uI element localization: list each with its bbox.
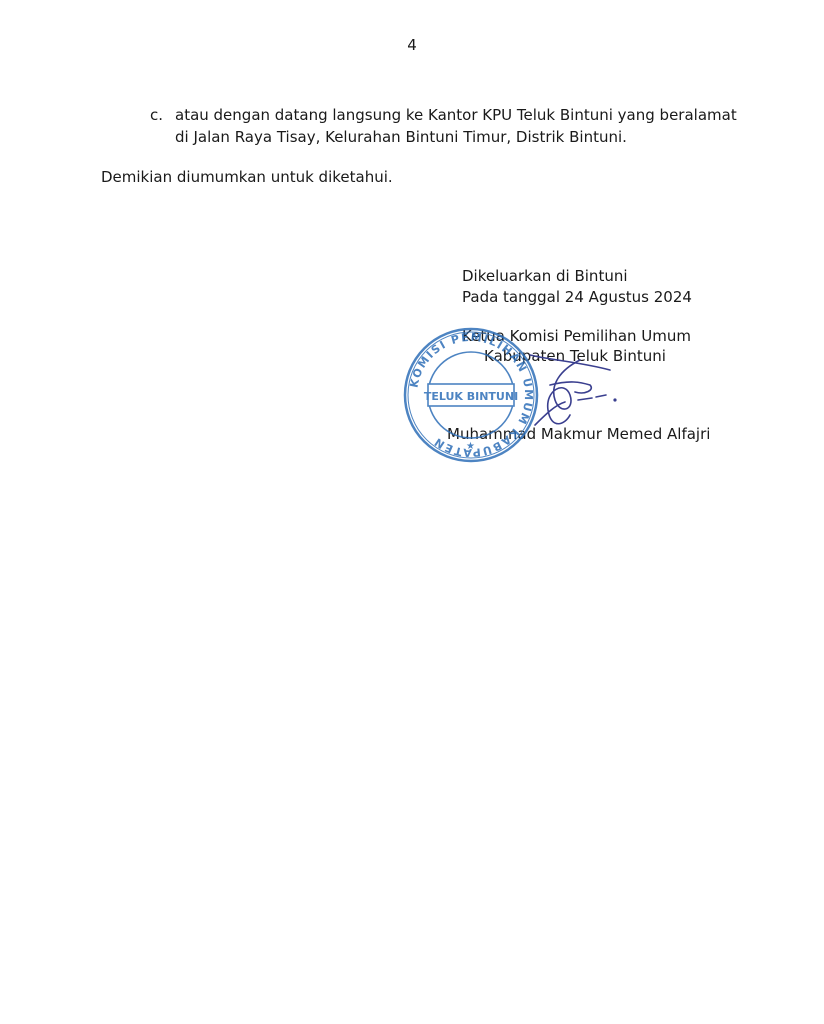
signature-block: Ketua Komisi Pemilihan Umum Kabupaten Te…: [0, 0, 824, 1024]
handwritten-signature-icon: [520, 350, 640, 450]
svg-text:TELUK BINTUNI: TELUK BINTUNI: [424, 390, 518, 403]
svg-text:★: ★: [466, 441, 475, 452]
